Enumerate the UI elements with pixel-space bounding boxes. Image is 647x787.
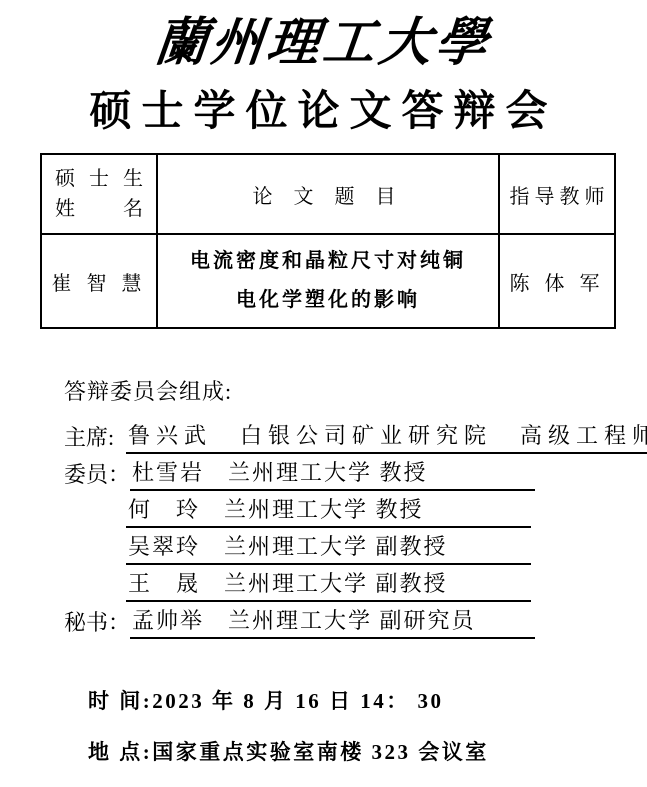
committee-row-secretary: 秘书： 孟帅举 兰州理工大学 副研究员 [64, 602, 610, 639]
thesis-title-header-label: 论 文 题 目 [253, 186, 404, 208]
committee-row-member-2: 何 玲 兰州理工大学 教授 [64, 491, 610, 528]
committee-member-entry: 鲁兴武 白银公司矿业研究院 高级工程师 [126, 419, 647, 454]
student-name-cell: 崔 智 慧 [41, 234, 157, 328]
student-header-line1: 硕 士 生 [55, 164, 143, 194]
student-name-header-lines: 硕 士 生 姓 名 [42, 164, 156, 224]
committee-row-member-4: 王 晟 兰州理工大学 副教授 [64, 565, 610, 602]
committee-role-label: 委员： [64, 458, 130, 491]
committee-member-entry: 何 玲 兰州理工大学 教授 [126, 493, 531, 528]
student-header-char1: 硕 [55, 164, 75, 194]
table-header-row: 硕 士 生 姓 名 论 文 题 目 指 导 教 师 [41, 154, 615, 234]
defense-time: 时 间:2023 年 8 月 16 日 14： 30 [88, 685, 647, 712]
thesis-title-line2: 电化学塑化的影响 [158, 281, 498, 320]
student-header-char3: 生 [123, 164, 143, 194]
committee-role-label: 主席: [64, 421, 126, 454]
committee-row-chair: 主席: 鲁兴武 白银公司矿业研究院 高级工程师 [64, 417, 610, 454]
advisor-name-cell: 陈 体 军 [499, 234, 615, 328]
student-name-header-cell: 硕 士 生 姓 名 [41, 154, 157, 234]
committee-list: 主席: 鲁兴武 白银公司矿业研究院 高级工程师 委员： 杜雪岩 兰州理工大学 教… [0, 417, 647, 639]
student-header-char2: 士 [89, 164, 109, 194]
thesis-title-header-cell: 论 文 题 目 [157, 154, 499, 234]
student-header-line2: 姓 名 [55, 194, 143, 224]
committee-member-entry: 王 晟 兰州理工大学 副教授 [126, 567, 531, 602]
committee-row-member-1: 委员： 杜雪岩 兰州理工大学 教授 [64, 454, 610, 491]
defense-announcement-page: 蘭州理工大學 硕士学位论文答辩会 硕 士 生 姓 名 论 [0, 0, 647, 787]
page-title: 硕士学位论文答辩会 [0, 84, 647, 140]
university-logo-calligraphy: 蘭州理工大學 [152, 8, 496, 80]
defense-info-table: 硕 士 生 姓 名 论 文 题 目 指 导 教 师 崔 智 慧 [40, 153, 616, 329]
thesis-title-cell: 电流密度和晶粒尺寸对纯铜 电化学塑化的影响 [157, 234, 499, 328]
student-header-ming: 名 [123, 194, 143, 224]
student-name: 崔 智 慧 [52, 273, 147, 295]
table-data-row: 崔 智 慧 电流密度和晶粒尺寸对纯铜 电化学塑化的影响 陈 体 军 [41, 234, 615, 328]
thesis-title-line1: 电流密度和晶粒尺寸对纯铜 [158, 242, 498, 281]
committee-role-label [64, 600, 126, 602]
committee-member-entry: 杜雪岩 兰州理工大学 教授 [130, 456, 535, 491]
committee-role-label [64, 563, 126, 565]
committee-role-label [64, 526, 126, 528]
university-logo-wrap: 蘭州理工大學 [0, 0, 647, 84]
student-header-xing: 姓 [55, 194, 75, 224]
advisor-header-label: 指 导 教 师 [510, 186, 605, 208]
advisor-name: 陈 体 军 [510, 273, 605, 295]
defense-location: 地 点:国家重点实验室南楼 323 会议室 [88, 736, 647, 763]
committee-heading: 答辩委员会组成: [64, 375, 647, 403]
schedule-footer: 时 间:2023 年 8 月 16 日 14： 30 地 点:国家重点实验室南楼… [88, 685, 647, 763]
advisor-header-cell: 指 导 教 师 [499, 154, 615, 234]
committee-member-entry: 孟帅举 兰州理工大学 副研究员 [130, 604, 535, 639]
committee-row-member-3: 吴翠玲 兰州理工大学 副教授 [64, 528, 610, 565]
committee-member-entry: 吴翠玲 兰州理工大学 副教授 [126, 530, 531, 565]
committee-role-label: 秘书： [64, 606, 130, 639]
